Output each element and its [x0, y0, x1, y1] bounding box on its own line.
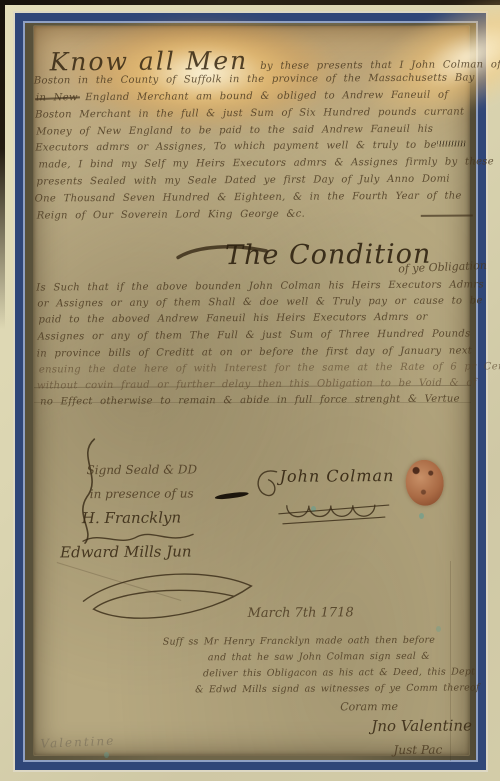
- pen-flourish: [75, 566, 260, 629]
- wax-seal-icon: [404, 458, 445, 507]
- manuscript-line: without covin fraud or further delay the…: [37, 377, 477, 392]
- mat-bevel: Know all Men by these presents that I Jo…: [13, 11, 488, 772]
- manuscript-line: no Effect otherwise to remain & abide in…: [40, 394, 460, 409]
- pen-flourish: [277, 491, 397, 536]
- manuscript-line: Boston Merchant in the full & just Sum o…: [35, 107, 464, 122]
- manuscript-line: Reign of Our Soverein Lord King George &…: [37, 209, 305, 223]
- manuscript-line: Assignes or any of them The Full & just …: [38, 328, 471, 343]
- signature-edward-mills: Edward Mills Jun: [60, 542, 192, 561]
- signature-h-francklyn: H. Francklyn: [82, 508, 181, 527]
- coram-me: Coram me: [340, 700, 398, 714]
- frame-edge-left: [0, 0, 5, 330]
- manuscript-line: One Thousand Seven Hundred & Eighteen, &…: [35, 191, 462, 206]
- opening-phrase: Know all Men: [50, 46, 249, 77]
- notary-line: & Edwd Mills signd as witnesses of ye Co…: [195, 682, 480, 695]
- framed-document-photo: Know all Men by these presents that I Jo…: [0, 0, 500, 781]
- manuscript-line: in province bills of Creditt at on or be…: [37, 345, 472, 360]
- justice-title: Just Pac: [393, 743, 442, 758]
- manuscript-line: Is Such that if the above bounden John C…: [36, 279, 484, 294]
- pen-flourish-dash: [421, 214, 473, 216]
- notary-line: and that he saw John Colman sign seal &: [208, 651, 430, 664]
- condition-heading-suffix: of ye Obligation: [398, 259, 487, 276]
- blue-mat: Know all Men by these presents that I Jo…: [15, 13, 486, 770]
- signed-sealed-line: Signd Seald & DD: [87, 462, 198, 477]
- ink-blot: [215, 491, 249, 500]
- manuscript-line: Boston in the County of Suffolk in the p…: [34, 72, 475, 87]
- notary-date: March 7th 1718: [248, 605, 354, 621]
- manuscript-line: ensuing the date here of with Interest f…: [39, 361, 500, 376]
- manuscript-line: in New England Merchant am bound & oblig…: [36, 90, 448, 105]
- manuscript-text-layer: Know all Men by these presents that I Jo…: [31, 24, 471, 756]
- signature-jno-valentine: Jno Valentine: [371, 716, 472, 735]
- manuscript-line: or Assignes or any of them Shall & doe w…: [37, 295, 482, 310]
- manuscript-line: made, I bind my Self my Heirs Executors …: [38, 156, 494, 171]
- manuscript-line: Money of New England to be paid to the s…: [36, 124, 433, 139]
- manuscript-line: paid to the aboved Andrew Faneuil his He…: [38, 312, 427, 327]
- presence-line: in presence of us: [90, 486, 194, 501]
- mat-shadow-gap: Know all Men by these presents that I Jo…: [25, 23, 476, 760]
- ink-scribble: [437, 141, 465, 147]
- mat-pinstripe: Know all Men by these presents that I Jo…: [23, 21, 478, 762]
- manuscript-line: Executors admrs or Assignes, To which pa…: [35, 140, 437, 155]
- signature-john-colman: John Colman: [280, 466, 395, 486]
- manuscript-line: presents Sealed with my Seale Dated ye f…: [37, 174, 450, 189]
- pencil-note: Valentine: [40, 734, 115, 752]
- frame-edge-top: [0, 0, 500, 5]
- manuscript-page: Know all Men by these presents that I Jo…: [33, 25, 470, 756]
- notary-line: Suff ss Mr Henry Francklyn made oath the…: [163, 635, 435, 648]
- notary-line: deliver this Obligacon as his act & Deed…: [203, 666, 475, 679]
